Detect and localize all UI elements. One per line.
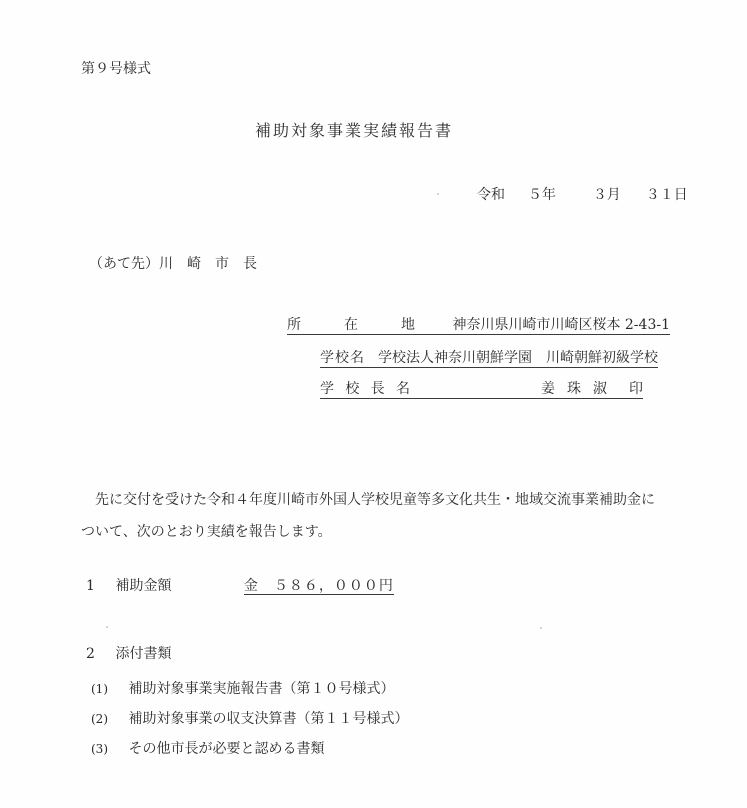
document-title: 補助対象事業実績報告書 [255,122,453,140]
attachment-item: (3) その他市長が必要と認める書類 [91,741,324,757]
subsidy-amount-label: 補助金額 [115,578,239,594]
school-name-label: 学校名 [320,350,378,366]
attachment-item: (2) 補助対象事業の収支決算書（第１１号様式） [91,711,408,727]
body-paragraph: 先に交付を受けた令和４年度川崎市外国人学校児童等多文化共生・地域交流事業補助金に… [81,484,681,548]
school-name-row: 学校名 学校法人神奈川朝鮮学園 川崎朝鮮初級学校 [320,350,658,368]
addressee: （あて先）川 崎 市 長 [89,256,257,272]
attachment-text: 補助対象事業の収支決算書（第１１号様式） [128,711,408,727]
subsidy-amount-value: 金 ５８６，０００円 [244,578,394,595]
attachment-number: (1) [91,681,124,697]
attachment-number: (2) [91,711,124,727]
body-line-1: 先に交付を受けた令和４年度川崎市外国人学校児童等多文化共生・地域交流事業補助金に [81,484,681,516]
principal-label: 学 校 長 名 [320,381,410,397]
attachment-text: その他市長が必要と認める書類 [128,741,324,757]
item-number: 1 [86,578,111,594]
date-month: ３月 [593,187,621,203]
principal-name: 姜珠淑 [541,381,619,397]
form-number: 第９号様式 [81,61,151,77]
report-date: 令和 ５年 ３月 ３１日 [477,187,688,203]
location-value: 神奈川県川崎市川崎区桜本 2-43-1 [452,317,670,333]
attachment-item: (1) 補助対象事業実施報告書（第１０号様式） [91,681,394,697]
location-row: 所 在 地 神奈川県川崎市川崎区桜本 2-43-1 [287,317,670,335]
body-line-2: ついて、次のとおり実績を報告します。 [81,516,681,548]
location-label: 所 在 地 [287,317,425,333]
school-name-value: 学校法人神奈川朝鮮学園 川崎朝鮮初級学校 [378,350,658,366]
principal-row: 学 校 長 名 姜珠淑 印 [320,381,643,399]
item-number: 2 [86,646,111,662]
date-era: 令和 [477,187,505,203]
attachment-number: (3) [91,741,124,757]
scan-speck [437,193,439,195]
attachment-text: 補助対象事業実施報告書（第１０号様式） [128,681,394,697]
attachments-label: 添付書類 [115,646,171,662]
date-day: ３１日 [646,187,688,203]
document-page: 第９号様式 補助対象事業実績報告書 令和 ５年 ３月 ３１日 （あて先）川 崎 … [0,0,747,808]
date-year: ５年 [528,187,556,203]
attachments-heading: 2 添付書類 [86,646,171,662]
scan-speck [106,626,108,628]
subsidy-amount-item: 1 補助金額 金 ５８６，０００円 [86,578,394,594]
scan-speck [540,627,542,629]
seal-mark: 印 [629,381,643,397]
